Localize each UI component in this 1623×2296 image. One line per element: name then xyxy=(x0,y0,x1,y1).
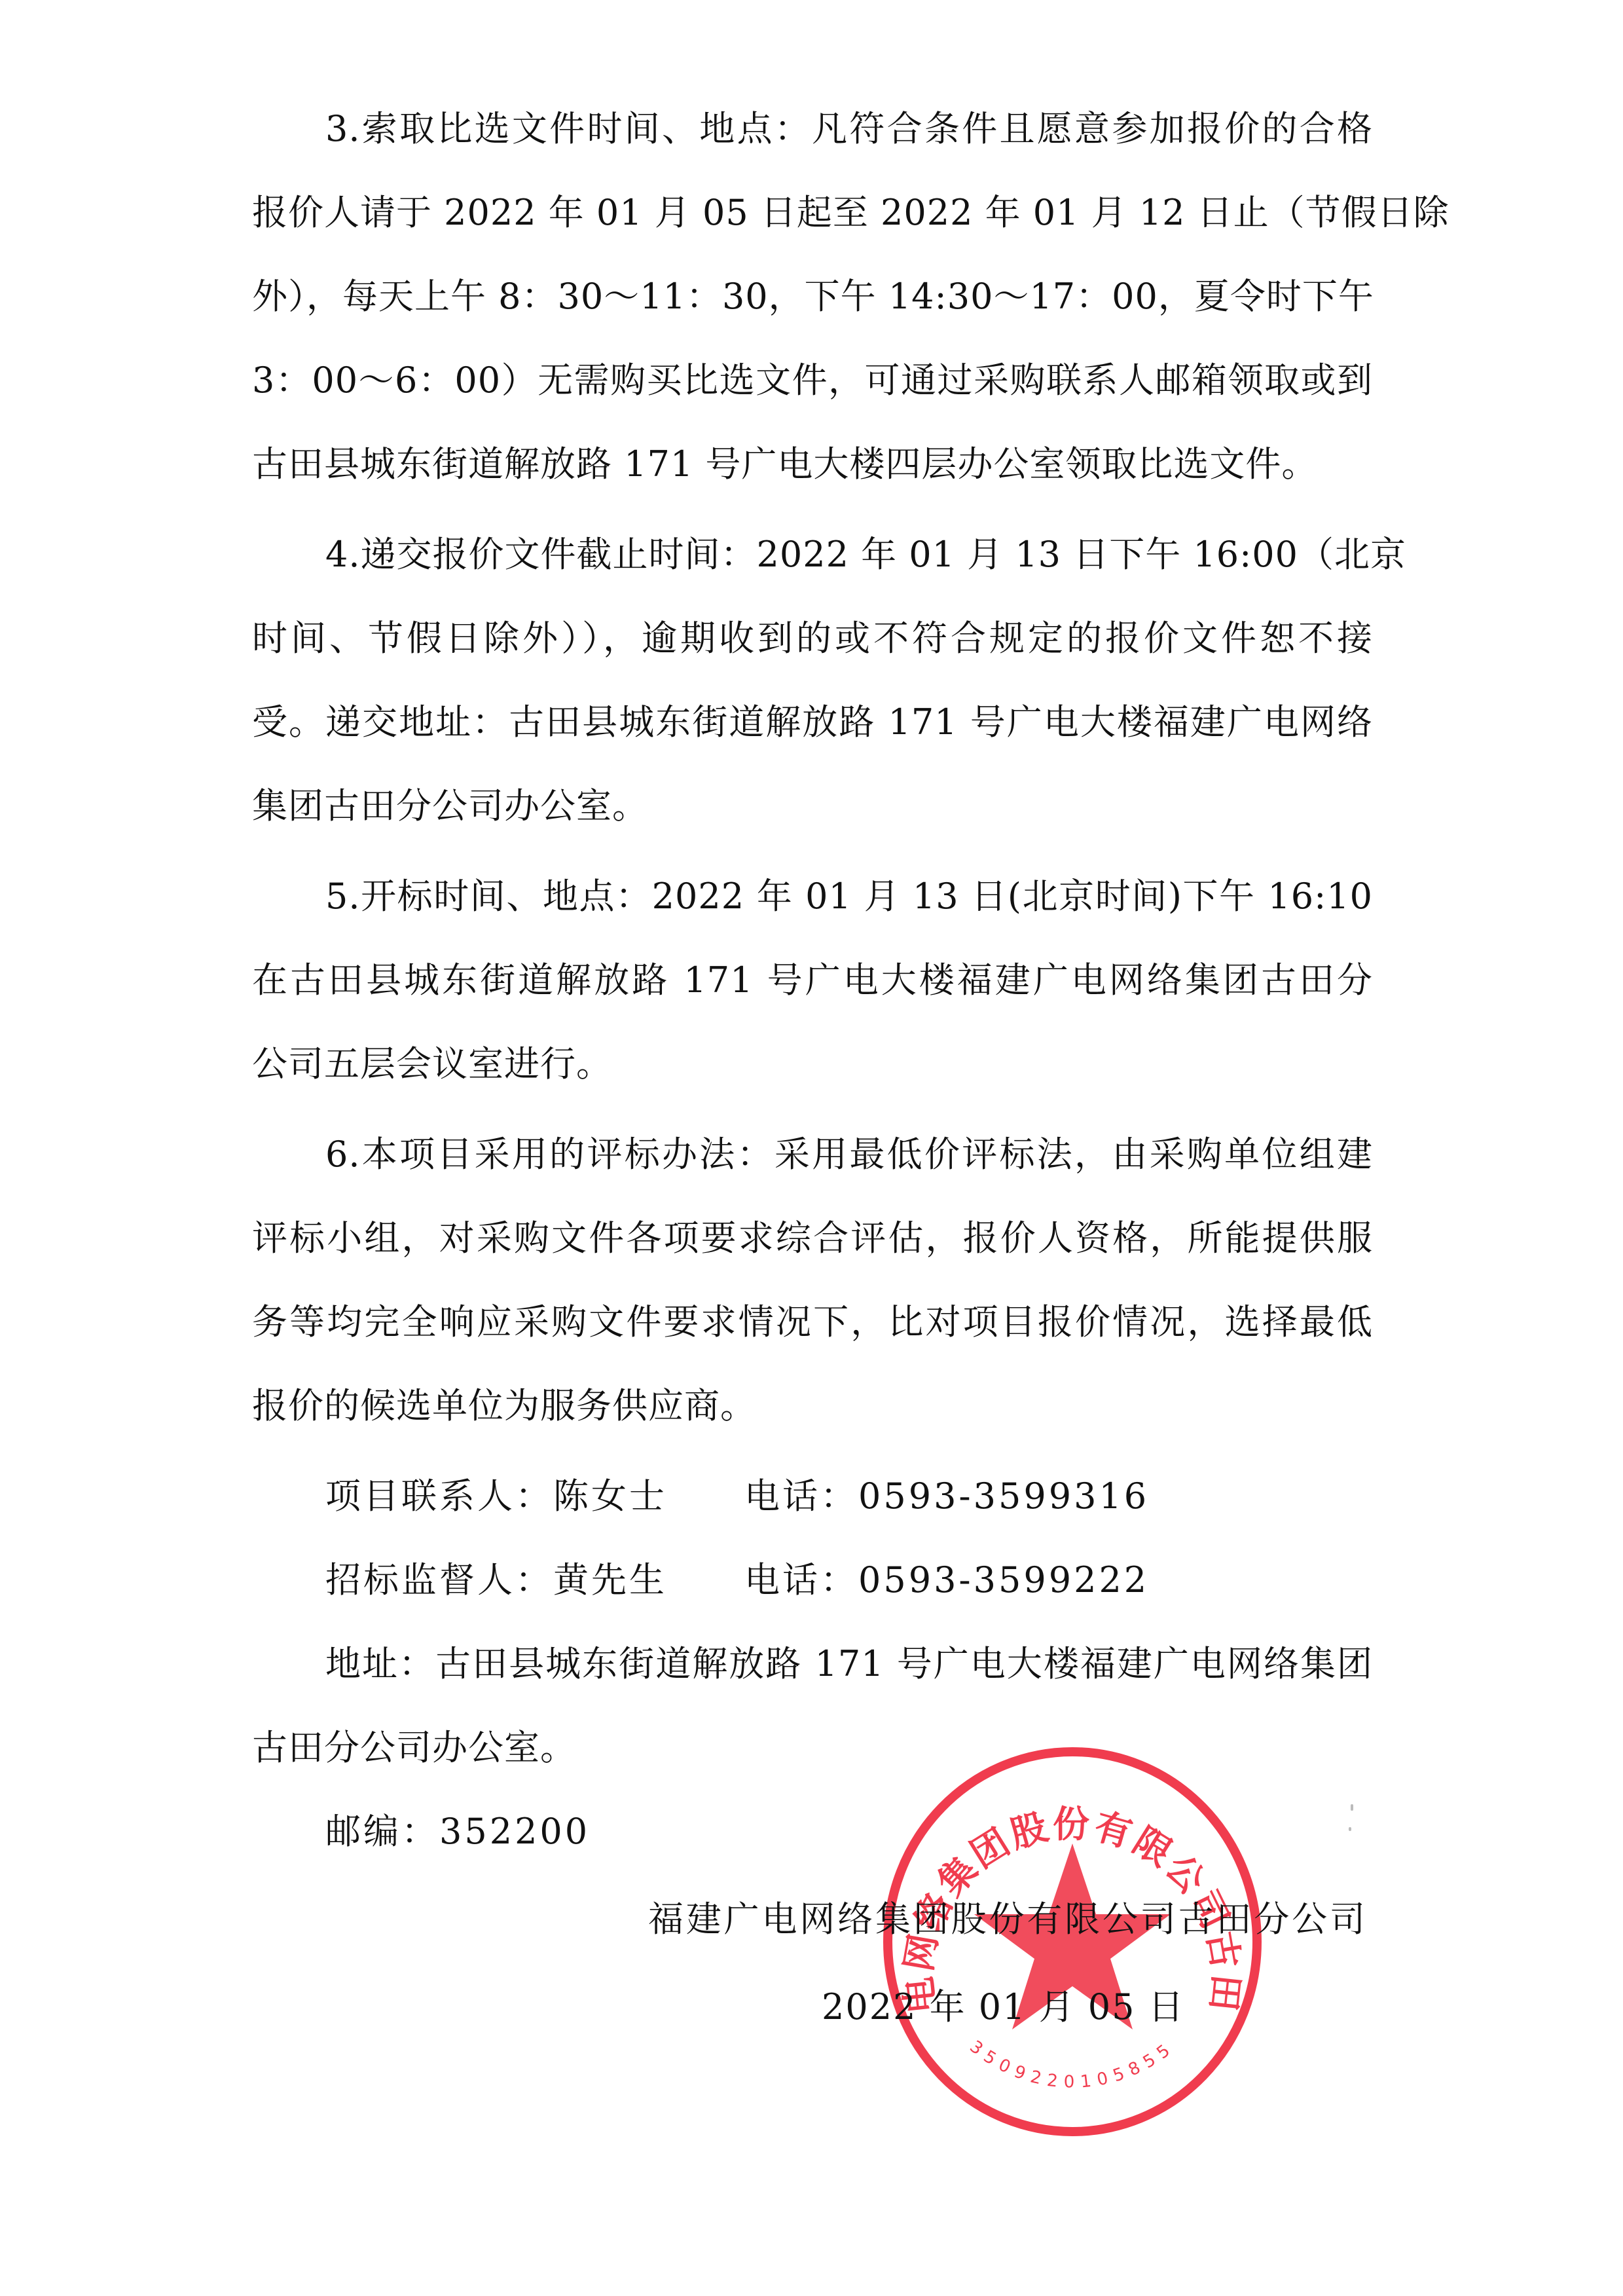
project-contact-phone: 电话：0593-3599316 xyxy=(744,1473,1149,1519)
section-6-line-2: 评标小组，对采购文件各项要求综合评估，报价人资格，所能提供服 xyxy=(252,1215,1373,1261)
scan-speck xyxy=(1351,1804,1353,1811)
section-3-line-4: 3：00～6：00）无需购买比选文件，可通过采购联系人邮箱领取或到 xyxy=(252,358,1373,403)
section-3-line-3: 外），每天上午 8：30～11：30，下午 14:30～17：00，夏令时下午 xyxy=(252,274,1373,320)
section-6-line-1: 6.本项目采用的评标办法：采用最低价评标法，由采购单位组建 xyxy=(325,1132,1373,1177)
seal-code-text: 3509220105855 xyxy=(966,2037,1178,2092)
section-3-line-2: 报价人请于 2022 年 01 月 05 日起至 2022 年 01 月 12 … xyxy=(252,190,1373,236)
address-line-1: 地址：古田县城东街道解放路 171 号广电大楼福建广电网络集团 xyxy=(325,1641,1373,1687)
scan-speck xyxy=(1349,1827,1351,1831)
section-5-line-1: 5.开标时间、地点：2022 年 01 月 13 日(北京时间)下午 16:10 xyxy=(325,874,1373,919)
document-page: 3.索取比选文件时间、地点：凡符合条件且愿意参加报价的合格 报价人请于 2022… xyxy=(0,0,1623,2296)
section-6-line-3: 务等均完全响应采购文件要求情况下，比对项目报价情况，选择最低 xyxy=(252,1299,1373,1345)
section-5-line-2: 在古田县城东街道解放路 171 号广电大楼福建广电网络集团古田分 xyxy=(252,957,1373,1003)
project-contact-name: 项目联系人：陈女士 xyxy=(325,1475,667,1517)
supervisor-contact-row: 招标监督人：黄先生 电话：0593-3599222 xyxy=(325,1557,667,1603)
supervisor-contact-name: 招标监督人：黄先生 xyxy=(325,1559,667,1601)
section-4-line-3: 受。递交地址：古田县城东街道解放路 171 号广电大楼福建广电网络 xyxy=(252,699,1373,745)
section-6-line-4: 报价的候选单位为服务供应商。 xyxy=(252,1383,756,1429)
section-3-line-1: 3.索取比选文件时间、地点：凡符合条件且愿意参加报价的合格 xyxy=(325,106,1373,152)
section-4-line-2: 时间、节假日除外）），逾期收到的或不符合规定的报价文件恕不接 xyxy=(252,616,1373,661)
signature-date: 2022 年 01 月 05 日 xyxy=(822,1984,1185,2030)
postcode: 邮编：352200 xyxy=(325,1809,590,1855)
project-contact-row: 项目联系人：陈女士 电话：0593-3599316 xyxy=(325,1473,667,1519)
address-line-2: 古田分公司办公室。 xyxy=(252,1725,576,1771)
supervisor-contact-phone: 电话：0593-3599222 xyxy=(744,1557,1149,1603)
svg-text:3509220105855: 3509220105855 xyxy=(966,2037,1178,2092)
section-3-line-5: 古田县城东街道解放路 171 号广电大楼四层办公室领取比选文件。 xyxy=(252,441,1317,487)
signature-organization: 福建广电网络集团股份有限公司古田分公司 xyxy=(648,1897,1365,1942)
section-4-line-4: 集团古田分公司办公室。 xyxy=(252,783,648,829)
section-4-line-1: 4.递交报价文件截止时间：2022 年 01 月 13 日下午 16:00（北京 xyxy=(325,532,1373,578)
section-5-line-3: 公司五层会议室进行。 xyxy=(252,1041,612,1087)
